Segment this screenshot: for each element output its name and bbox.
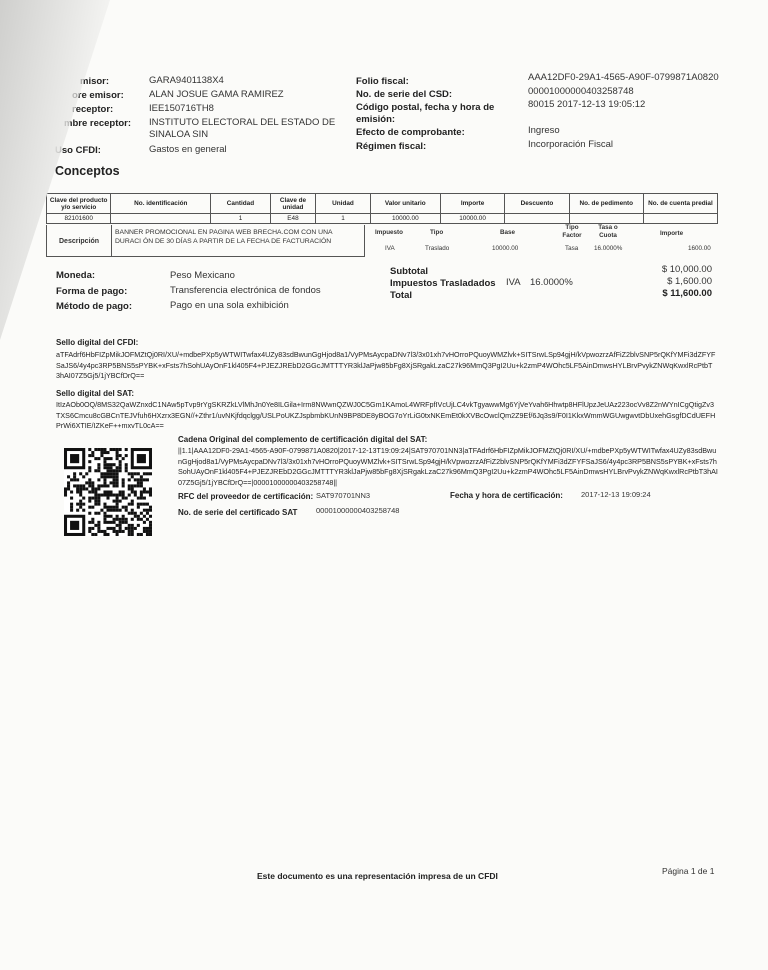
metodo-pago-label: Método de pago: [56, 301, 132, 312]
rfc-receptor-label: receptor: [72, 104, 113, 115]
descripcion-box: Descripción BANNER PROMOCIONAL EN PAGINA… [46, 225, 365, 257]
forma-pago-value: Transferencia electrónica de fondos [170, 285, 321, 296]
sello-sat-value: ItIzAOb0OQ/8MS32QaWZnxdC1NAw5pTvp9rYgSKR… [56, 400, 718, 432]
imp-col-tipo: Tipo [430, 229, 443, 236]
imp-tasa: 16.0000% [594, 245, 622, 252]
forma-pago-label: Forma de pago: [56, 286, 127, 297]
imp-importe: 1600.00 [688, 245, 711, 252]
efecto-label: Efecto de comprobante: [356, 127, 465, 138]
col-unidad: Unidad [316, 194, 370, 214]
imp-impuesto: IVA [385, 245, 395, 252]
col-importe: Importe [440, 194, 504, 214]
cell-no-cuenta-predial [643, 214, 717, 224]
cell-descuento [505, 214, 569, 224]
imp-col-impuesto: Impuesto [375, 229, 403, 236]
col-valor-unitario: Valor unitario [370, 194, 440, 214]
uso-cfdi-value: Gastos en general [149, 144, 227, 155]
sello-cfdi-label: Sello digital del CFDI: [56, 338, 138, 347]
folio-fiscal-value: AAA12DF0-29A1-4565-A90F-0799871A0820 [528, 72, 719, 83]
cadena-value: ||1.1|AAA12DF0-29A1-4565-A90F-0799871A08… [178, 446, 720, 488]
cell-unidad: 1 [316, 214, 370, 224]
rfc-proveedor-value: SAT970701NN3 [316, 491, 370, 500]
cell-clave-unidad: E48 [270, 214, 316, 224]
serie-sat-label: No. de serie del certificado SAT [178, 508, 297, 517]
cell-valor-unitario: 10000.00 [370, 214, 440, 224]
descripcion-value: BANNER PROMOCIONAL EN PAGINA WEB BRECHA.… [115, 228, 360, 246]
regimen-label: Régimen fiscal: [356, 141, 426, 152]
total-value: $ 11,600.00 [650, 288, 712, 299]
col-no-cuenta-predial: No. de cuenta predial [643, 194, 717, 214]
imp-col-base: Base [500, 229, 515, 236]
nombre-receptor-value: INSTITUTO ELECTORAL DEL ESTADO DE [149, 117, 335, 128]
cp-fecha-value: 80015 2017-12-13 19:05:12 [528, 99, 645, 110]
regimen-value: Incorporación Fiscal [528, 139, 613, 150]
efecto-value: Ingreso [528, 125, 560, 136]
conceptos-title: Conceptos [55, 164, 120, 178]
folio-fiscal-label: Folio fiscal: [356, 76, 409, 87]
invoice-page: misor: GARA9401138X4 ore emisor: ALAN JO… [0, 0, 768, 970]
imp-tipo-factor: Tasa [565, 245, 578, 252]
fecha-certificacion-label: Fecha y hora de certificación: [450, 491, 563, 500]
sello-cfdi-value: aTFAdrf6HbFIZpMikJOFMZtQj0RI/XU/+mdbePXp… [56, 350, 716, 382]
impuesto-tasa: 16.0000% [530, 277, 573, 288]
serie-sat-value: 00001000000403258748 [316, 506, 399, 515]
nombre-receptor-value-line2: SINALOA SIN [149, 129, 208, 140]
moneda-label: Moneda: [56, 270, 95, 281]
nombre-receptor-label: mbre receptor: [64, 118, 131, 129]
cp-fecha-label: Código postal, fecha y hora de [356, 102, 494, 113]
fecha-certificacion-value: 2017-12-13 19:09:24 [581, 490, 651, 499]
rfc-receptor-value: IEE150716TH8 [149, 103, 214, 114]
nombre-emisor-value: ALAN JOSUE GAMA RAMIREZ [149, 89, 284, 100]
cell-no-identificacion [111, 214, 211, 224]
serie-csd-label: No. de serie del CSD: [356, 89, 452, 100]
imp-col-tipo-factor: Tipo Factor [560, 224, 584, 240]
table-row: 82101600 1 E48 1 10000.00 10000.00 [47, 214, 718, 224]
impuestos-value: $ 1,600.00 [660, 276, 712, 287]
imp-base: 10000.00 [492, 245, 518, 252]
cadena-label: Cadena Original del complemento de certi… [178, 435, 427, 444]
col-no-identificacion: No. identificación [111, 194, 211, 214]
conceptos-table: Clave del producto y/o servicio No. iden… [46, 193, 718, 224]
footer-note: Este documento es una representación imp… [257, 871, 498, 881]
cp-fecha-label-line2: emisión: [356, 114, 395, 125]
impuesto-name: IVA [506, 277, 521, 288]
cell-no-pedimento [569, 214, 643, 224]
col-descuento: Descuento [505, 194, 569, 214]
imp-tipo: Traslado [425, 245, 449, 252]
qr-code [64, 448, 152, 536]
impuestos-trasladados-label: Impuestos Trasladados [390, 278, 496, 289]
cell-clave-producto: 82101600 [47, 214, 111, 224]
col-clave-producto: Clave del producto y/o servicio [47, 194, 111, 214]
rfc-proveedor-label: RFC del proveedor de certificación: [178, 492, 313, 501]
sello-sat-label: Sello digital del SAT: [56, 389, 134, 398]
metodo-pago-value: Pago en una sola exhibición [170, 300, 289, 311]
rfc-emisor-value: GARA9401138X4 [149, 75, 224, 86]
total-label: Total [390, 290, 412, 301]
cell-importe: 10000.00 [440, 214, 504, 224]
page-number: Página 1 de 1 [662, 866, 714, 876]
subtotal-value: $ 10,000.00 [660, 264, 712, 275]
cell-cantidad: 1 [211, 214, 270, 224]
imp-col-importe: Importe [660, 230, 683, 237]
serie-csd-value: 00001000000403258748 [528, 86, 634, 97]
descripcion-label: Descripción [59, 238, 99, 245]
imp-col-tasa-cuota: Tasa o Cuota [594, 224, 622, 240]
subtotal-label: Subtotal [390, 266, 428, 277]
moneda-value: Peso Mexicano [170, 270, 235, 281]
col-cantidad: Cantidad [211, 194, 270, 214]
col-no-pedimento: No. de pedimento [569, 194, 643, 214]
col-clave-unidad: Clave de unidad [270, 194, 316, 214]
